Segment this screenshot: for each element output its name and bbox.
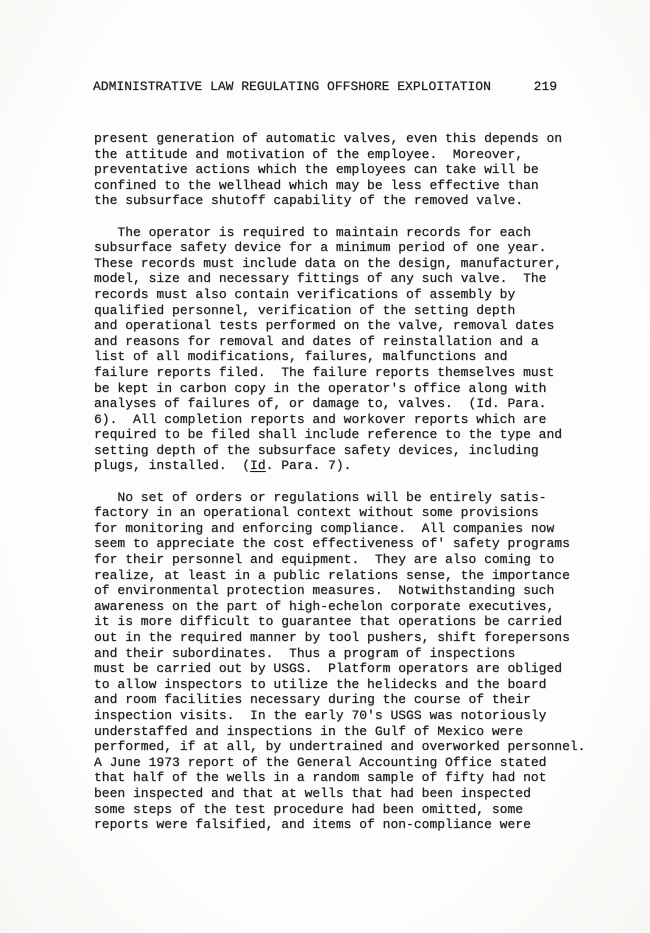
document-body: present generation of automatic valves, … bbox=[94, 131, 614, 833]
page-number: 219 bbox=[534, 79, 557, 95]
paragraph-operator-records-text: The operator is required to maintain rec… bbox=[94, 225, 562, 474]
page-header: ADMINISTRATIVE LAW REGULATING OFFSHORE E… bbox=[93, 79, 557, 95]
scanned-document-page: ADMINISTRATIVE LAW REGULATING OFFSHORE E… bbox=[0, 0, 650, 933]
paragraph-valves-continuation: present generation of automatic valves, … bbox=[94, 131, 614, 209]
citation-id-underlined: Id bbox=[250, 458, 266, 473]
running-head-title: ADMINISTRATIVE LAW REGULATING OFFSHORE E… bbox=[93, 79, 491, 95]
paragraph-operator-records: The operator is required to maintain rec… bbox=[94, 225, 614, 475]
paragraph-compliance-inspections: No set of orders or regulations will be … bbox=[94, 490, 614, 833]
citation-paragraph-ref: . Para. 7). bbox=[266, 458, 352, 473]
